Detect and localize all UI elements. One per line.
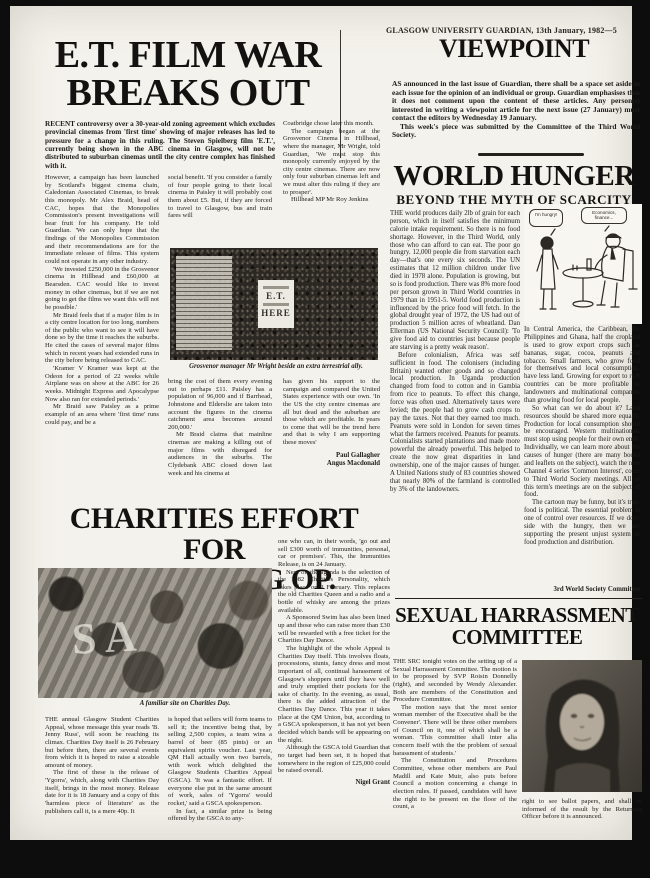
poster-sign-title: E.T. (258, 291, 294, 301)
hunger-signoff: 3rd World Society Committee (524, 586, 640, 593)
hunger-column-1: THE world produces daily 2lb of grain fo… (390, 210, 520, 602)
et-byline-1: Paul Gallagher (283, 452, 380, 460)
harassment-headline-line1: SEXUAL HARRASSMENT (392, 604, 642, 626)
harassment-headline-line2: COMMITTEE (392, 626, 642, 648)
hunger-column-2: In Central America, the Caribbean, the P… (524, 326, 640, 580)
et-headline: E.T. FILM WAR BREAKS OUT (40, 36, 336, 112)
harassment-headline: SEXUAL HARRASSMENT COMMITTEE (392, 604, 642, 648)
hunger-cartoon: I'm hungry! Economics, finance... (524, 204, 642, 324)
poster-listing-strip (176, 256, 232, 350)
section-divider (395, 598, 642, 599)
crowd-banner-letters: SA (71, 610, 146, 665)
cartoon-bubble-hungry: I'm hungry! (529, 209, 563, 227)
charities-column-1: THE annual Glasgow Student Charities App… (45, 716, 159, 864)
charities-byline: Nigel Grant (278, 779, 390, 787)
et-column-3-bottom: has given his support to the campaign an… (283, 378, 380, 512)
viewpoint-title: VIEWPOINT (388, 34, 640, 64)
cartoon-bubble-economics: Economics, finance... (581, 207, 627, 224)
et-column-2-bottom: bring the cost of them every evening out… (168, 378, 272, 512)
harassment-portrait-photo (522, 660, 642, 792)
et-byline-2: Angus Macdonald (283, 460, 380, 468)
harassment-below-photo: right to see ballot papers, and shall be… (522, 798, 642, 842)
et-lead: RECENT controversy over a 30-year-old zo… (45, 120, 275, 172)
viewpoint-rule (478, 153, 584, 156)
poster-sign: E.T. HERE (258, 280, 294, 328)
charities-column-2: is hoped that sellers will form teams to… (168, 716, 272, 864)
harassment-column-1: THE SRC tonight votes on the setting up … (393, 658, 517, 858)
viewpoint-intro: AS announced in the last issue of Guardi… (392, 80, 640, 150)
et-poster-photo: E.T. HERE (170, 248, 378, 360)
portrait-drawing (522, 660, 642, 792)
et-photo-caption: Grosvenor manager Mr Wright beside an ex… (176, 363, 376, 370)
et-headline-line2: BREAKS OUT (40, 74, 336, 112)
charities-crowd-photo: SA (38, 568, 272, 698)
et-headline-line1: E.T. FILM WAR (40, 36, 336, 74)
et-column-1: However, a campaign has been launched by… (45, 174, 159, 510)
charities-column-3: one who can, in their words, 'go out and… (278, 538, 390, 864)
hunger-title: WORLD HUNGER (388, 162, 640, 191)
et-column-2-top: social benefit. 'If you consider a famil… (168, 174, 272, 250)
et-column-3-top: Coatbridge chose later this month. The c… (283, 120, 380, 248)
newspaper-scan: GLASGOW UNIVERSITY GUARDIAN, 13th Januar… (0, 0, 650, 878)
newspaper-page: GLASGOW UNIVERSITY GUARDIAN, 13th Januar… (10, 6, 632, 840)
charities-photo-caption: A familiar site on Charities Day. (90, 700, 280, 707)
poster-sign-here: HERE (258, 308, 294, 318)
